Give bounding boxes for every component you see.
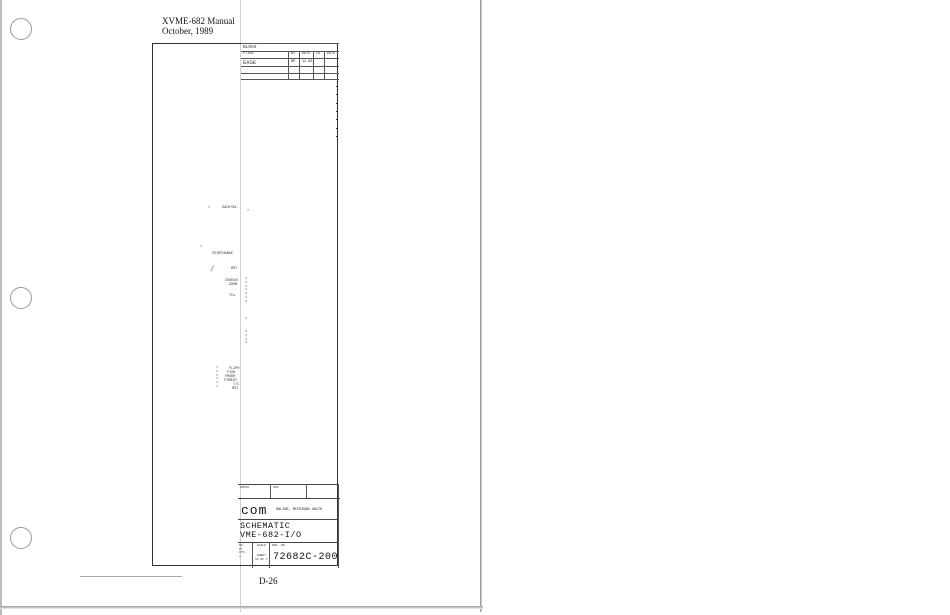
rev-heading: BLOCK <box>243 45 257 50</box>
tb-rule <box>238 542 338 543</box>
binder-hole-top <box>10 18 32 40</box>
arrow-glyph: > <box>200 245 202 249</box>
date-label: APD <box>273 486 278 490</box>
arrow-glyph: > <box>208 206 210 210</box>
tb-divider <box>270 484 271 498</box>
company-address: SALINE, MICHIGAN 48176 <box>276 508 322 512</box>
scale-label: SCALE <box>257 544 266 548</box>
manual-page: XVME-682 Manual October, 1989 BLOCK PTIO… <box>0 0 483 612</box>
binder-edge <box>0 0 2 615</box>
signal-label: ZDRN <box>229 283 237 287</box>
border-tick <box>336 128 338 129</box>
drawing-subtitle: VME-682-I/O <box>240 530 302 540</box>
rev-col-ck-date: DATE <box>327 52 335 56</box>
page-edge-bottom <box>0 606 483 609</box>
dwg-no-label: DWG. NO. <box>272 544 286 548</box>
rev-date: 12-88 <box>302 60 313 64</box>
drawing-number: 72682C-200 <box>273 552 338 563</box>
rev-by: BR <box>291 60 295 64</box>
arrow-column: >>>> <box>245 331 251 346</box>
schematic-frame-left <box>152 43 241 566</box>
border-tick <box>336 86 338 87</box>
tb-rule <box>238 484 338 485</box>
arrow-column: >>>>>>> <box>245 278 251 305</box>
page-number: D-26 <box>259 576 278 586</box>
rev-col-date: DATE <box>302 52 310 56</box>
tb-divider <box>338 484 339 568</box>
tb-rule <box>238 498 340 499</box>
border-tick <box>336 136 338 137</box>
arrow-column: >>>>>> <box>216 367 222 390</box>
signal-label: DACK+B1- <box>222 206 239 210</box>
rev-col-by: BY <box>291 52 295 56</box>
border-tick <box>336 103 338 104</box>
side-note: CTS- <box>239 551 246 555</box>
manual-title: XVME-682 Manual <box>162 16 235 26</box>
title-block: APPVD APD com SALINE, MICHIGAN 48176 SCH… <box>238 484 338 568</box>
arrow-glyph: > <box>247 209 249 213</box>
border-tick <box>336 119 338 120</box>
signal-label: TCs <box>229 294 235 298</box>
binder-hole-middle <box>10 287 32 309</box>
binder-hole-bottom <box>10 527 32 549</box>
rev-divider <box>313 51 314 80</box>
rev-col-ck: CK <box>316 52 320 56</box>
sheet-value: 12 OF 7 <box>255 558 268 562</box>
border-tick <box>336 94 338 95</box>
manual-date: October, 1989 <box>162 26 235 36</box>
arrow-glyph: > <box>245 317 247 321</box>
page-header: XVME-682 Manual October, 1989 <box>162 16 235 36</box>
signal-label: RDY <box>231 267 237 271</box>
page-edge-right <box>480 0 482 612</box>
rev-description: EASE <box>243 59 256 66</box>
company-name: com <box>241 503 267 518</box>
side-notes: SP- IT CTS- +- <box>239 544 246 558</box>
rev-divider <box>288 51 289 80</box>
sheet-label: SHEET <box>257 554 266 558</box>
tb-divider <box>269 542 270 568</box>
tb-rule <box>238 519 338 520</box>
rev-col-description: PTION <box>243 52 254 56</box>
approved-label: APPVD <box>240 486 249 490</box>
side-note: +- <box>239 555 246 559</box>
revision-block: BLOCK PTION BY DATE CK DATE EASE BR 12-8… <box>241 43 339 80</box>
tb-divider <box>306 484 307 498</box>
rev-divider <box>324 51 325 80</box>
rev-divider <box>299 51 300 80</box>
footer-rule <box>80 576 182 577</box>
tb-divider <box>252 542 253 568</box>
signal-label: RST <box>232 387 238 391</box>
border-tick <box>336 111 338 112</box>
signal-label: FDIRCHANGE <box>212 252 233 256</box>
